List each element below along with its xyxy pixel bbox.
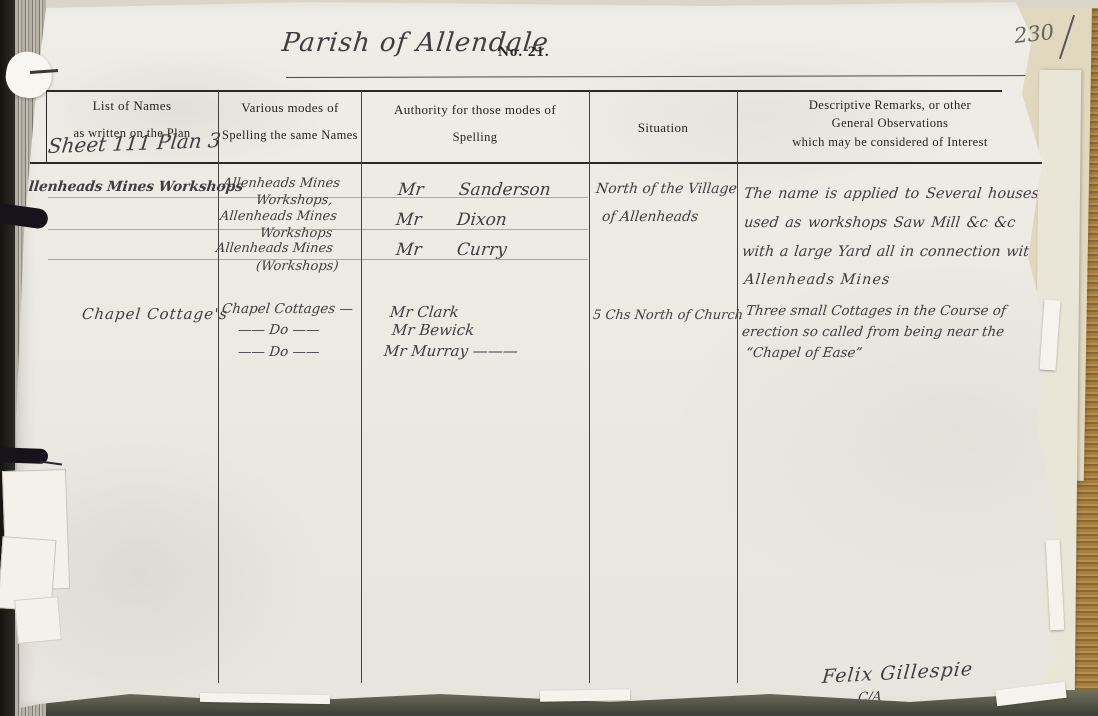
col3-header-line2: Spelling — [453, 130, 498, 145]
col3-header-line1: Authority for those modes of — [394, 102, 556, 118]
surveyor-signature: Felix Gillespie — [821, 658, 974, 688]
col-divider-3 — [589, 91, 590, 683]
row2-remarks-line1: Three small Cottages in the Course of — [745, 303, 1007, 319]
row2-name: Chapel Cottage's — [81, 305, 229, 323]
col2-header-line1: Various modes of — [241, 100, 338, 116]
row1-authority-1: Mr Sanderson — [397, 180, 552, 200]
row2-spelling-2: —— Do —— — [237, 322, 320, 338]
row2-authority-2: Mr Bewick — [391, 321, 475, 339]
sheet-plan-note: Sheet 111 Plan 3 — [47, 128, 222, 158]
row2-situation: 5 Chs North of Church — [592, 308, 744, 323]
row1-spelling-3b: (Workshops) — [255, 259, 339, 274]
row1-situation-line1: North of the Village — [595, 181, 737, 197]
row1-remarks-line3: with a large Yard all in connection with — [741, 244, 1039, 260]
row1-remarks-line4: Allenheads Mines — [743, 272, 891, 288]
torn-edge-bit — [540, 689, 630, 702]
row1-situation-line2: of Allenheads — [601, 209, 699, 225]
row2-spelling-3: —— Do —— — [237, 344, 320, 360]
row1-spelling-2b: Workshops — [259, 226, 333, 241]
row2-authority-1: Mr Clark — [389, 303, 460, 321]
row1-spelling-2a: Allenheads Mines — [219, 209, 337, 224]
col5-header-line1: Descriptive Remarks, or other — [809, 98, 971, 113]
row1-name: Allenheads Mines Workshops — [17, 179, 243, 195]
row2-remarks-line3: “Chapel of Ease” — [745, 345, 863, 361]
row1-authority-3: Mr Curry — [395, 240, 508, 260]
row2-remarks-line2: erection so called from being near the — [741, 324, 1005, 340]
col4-header: Situation — [638, 120, 689, 136]
document-page: Parish of Allendale No. 21. List of Name… — [10, 2, 1082, 714]
row1-spelling-1b: Workshops, — [255, 193, 333, 208]
col5-header-line2: General Observations — [832, 116, 949, 131]
col1-header-line1: List of Names — [93, 98, 172, 114]
scanned-name-book-page: Parish of Allendale No. 21. List of Name… — [0, 0, 1098, 716]
row2-authority-3: Mr Murray ——— — [383, 342, 519, 360]
col5-header-line3: which may be considered of Interest — [792, 135, 988, 150]
form-number: No. 21. — [498, 44, 550, 61]
header-top-rule — [46, 90, 1002, 92]
col2-header-line2: Spelling the same Names — [222, 128, 358, 143]
row1-remarks-line1: The name is applied to Several houses — [743, 186, 1040, 202]
row1-spelling-3a: Allenheads Mines — [215, 241, 333, 256]
row1-spelling-1a: Allenheads Mines — [222, 176, 340, 191]
row2-spelling-1: Chapel Cottages — — [221, 301, 354, 317]
header-bottom-rule — [18, 162, 1058, 164]
col-divider-4 — [737, 91, 738, 683]
row1-remarks-line2: used as workshops Saw Mill &c &c — [743, 215, 1016, 231]
title-underline — [286, 75, 1048, 78]
col-divider-2 — [361, 91, 362, 683]
pencil-page-number: 230 — [1013, 20, 1055, 48]
row1-authority-2: Mr Dixon — [395, 210, 508, 230]
torn-paper-patch — [14, 596, 62, 644]
